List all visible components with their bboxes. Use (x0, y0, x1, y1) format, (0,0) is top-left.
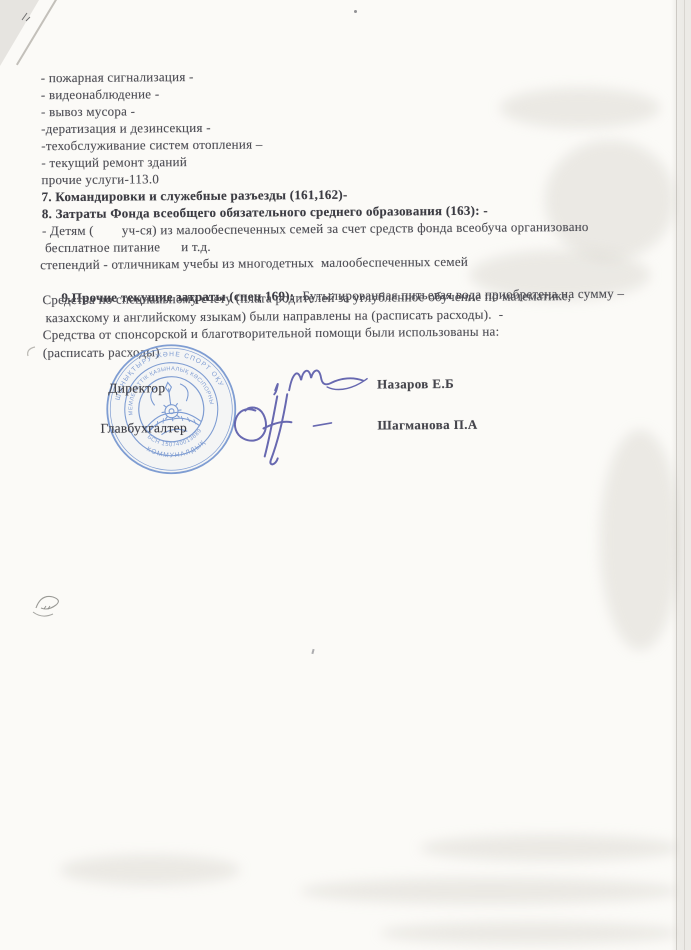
line-sponsorship: Средства от спонсорской и благотворитель… (43, 324, 500, 344)
accountant-name: Шагманова П.А (377, 417, 477, 434)
line-building-repair: - текущий ремонт зданий (41, 154, 187, 171)
scanned-document-page: - пожарная сигнализация - - видеонаблюде… (0, 0, 691, 950)
director-name: Назаров Е.Б (377, 376, 454, 393)
line-video-surveillance: - видеонаблюдение - (41, 86, 160, 103)
line-heating-maintenance: -техобслуживание систем отопления – (41, 136, 262, 154)
line-stipends: степендий - отличникам учебы из многодет… (40, 254, 468, 273)
line-other-services: прочие услуги-113.0 (41, 171, 159, 188)
accountant-label: Главбухгалтер (100, 420, 187, 437)
line-free-meals: бесплатное питание и т.д. (45, 239, 211, 256)
director-label: Директор (108, 380, 165, 396)
line-fire-alarm: - пожарная сигнализация - (41, 69, 194, 86)
line-garbage-removal: - вывоз мусора - (41, 103, 135, 120)
accountant-signature (223, 386, 348, 467)
document-content: - пожарная сигнализация - - видеонаблюде… (0, 0, 691, 950)
line-deratization: -дератизация и дезинсекция - (41, 120, 211, 137)
line-children-meals: - Детям ( уч-ся) из малообеспеченных сем… (42, 219, 589, 239)
heading-business-trips: 7. Командировки и служебные разъезды (16… (42, 187, 348, 205)
